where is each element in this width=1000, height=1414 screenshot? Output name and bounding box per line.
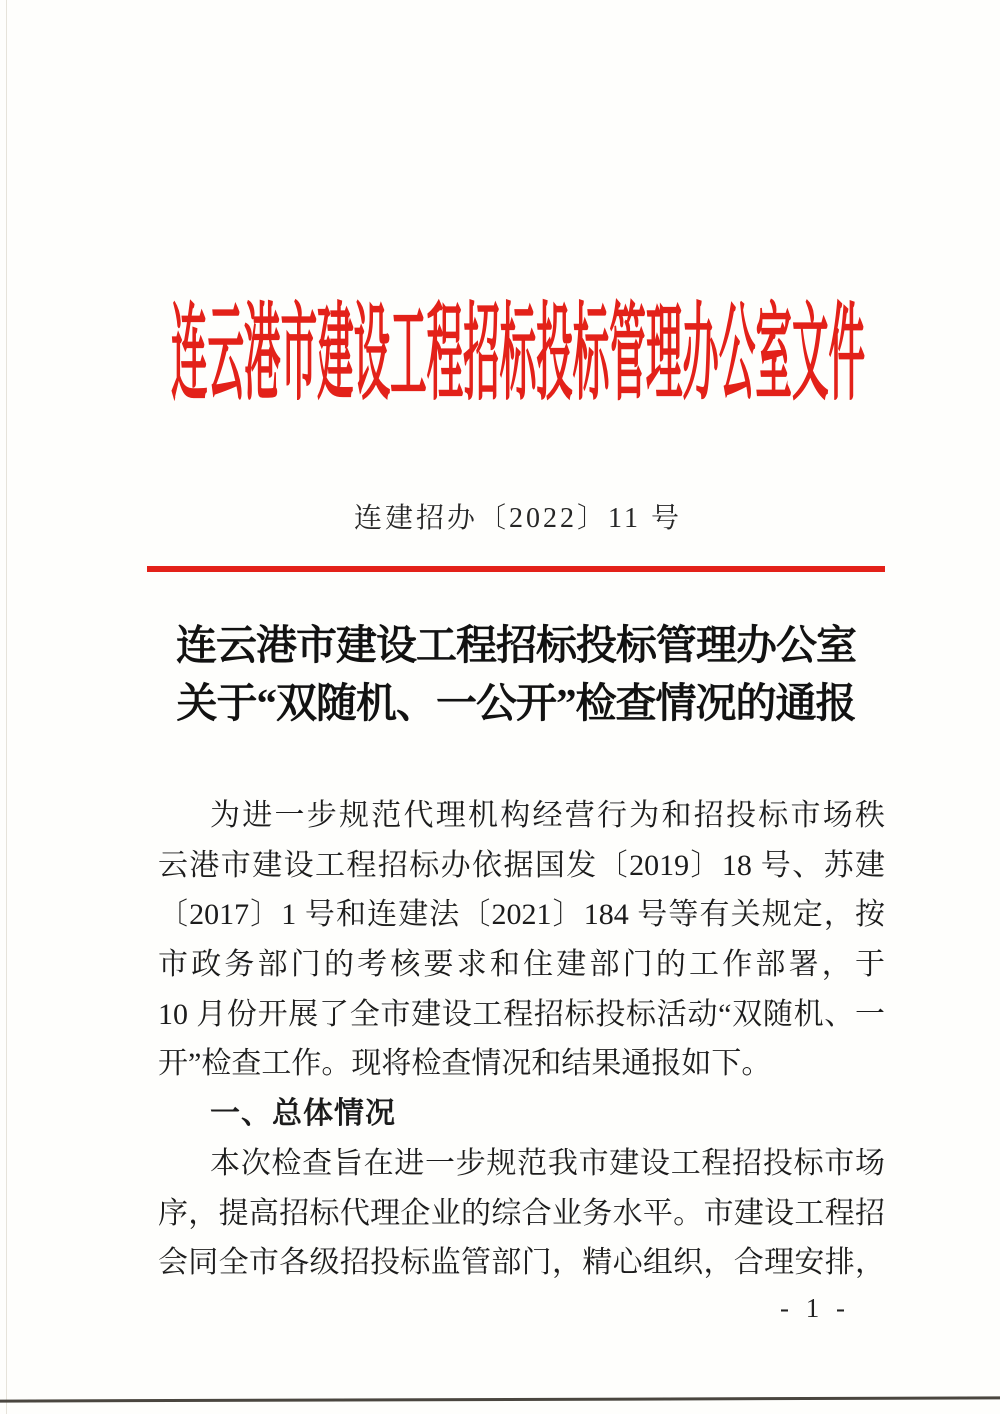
paragraph1-line4: 市政务部门的考核要求和住建部门的工作部署，于 2022 年 xyxy=(158,940,885,990)
paragraph2-line2: 序，提高招标代理企业的综合业务水平。市建设工程招标办 xyxy=(158,1189,885,1239)
document-title-line1: 连云港市建设工程招标投标管理办公室 xyxy=(110,616,922,674)
document-title-line2: 关于“双随机、一公开”检查情况的通报 xyxy=(110,674,922,732)
scan-bottom-edge-line xyxy=(0,1396,1000,1402)
paragraph1-line2: 云港市建设工程招标办依据国发〔2019〕18 号、苏建规字 xyxy=(158,841,885,891)
paragraph1-line3: 〔2017〕1 号和连建法〔2021〕184 号等有关规定，按照省 xyxy=(158,890,885,940)
paragraph2-line1: 本次检查旨在进一步规范我市建设工程招投标市场秩 xyxy=(158,1139,885,1189)
document-page: 连云港市建设工程招标投标管理办公室文件 连建招办〔2022〕11 号 连云港市建… xyxy=(0,0,1000,1414)
scan-left-edge-line xyxy=(6,0,7,1414)
red-header-banner: 连云港市建设工程招标投标管理办公室文件 xyxy=(148,287,888,409)
document-title: 连云港市建设工程招标投标管理办公室 关于“双随机、一公开”检查情况的通报 xyxy=(110,616,922,732)
page-number: - 1 - xyxy=(780,1293,850,1324)
paragraph2-line3: 会同全市各级招投标监管部门，精心组织，合理安排，坚持 xyxy=(158,1238,885,1288)
document-number: 连建招办〔2022〕11 号 xyxy=(148,496,888,536)
section-heading-1: 一、总体情况 xyxy=(158,1089,885,1139)
org-banner-text: 连云港市建设工程招标投标管理办公室文件 xyxy=(171,296,865,409)
document-body: 为进一步规范代理机构经营行为和招投标市场秩序，连 云港市建设工程招标办依据国发〔… xyxy=(158,791,885,1288)
red-separator-rule xyxy=(147,566,885,572)
paragraph1-line1: 为进一步规范代理机构经营行为和招投标市场秩序，连 xyxy=(158,791,885,841)
paragraph1-line6: 开”检查工作。现将检查情况和结果通报如下。 xyxy=(158,1039,885,1089)
paragraph1-line5: 10 月份开展了全市建设工程招标投标活动“双随机、一公 xyxy=(158,990,885,1040)
